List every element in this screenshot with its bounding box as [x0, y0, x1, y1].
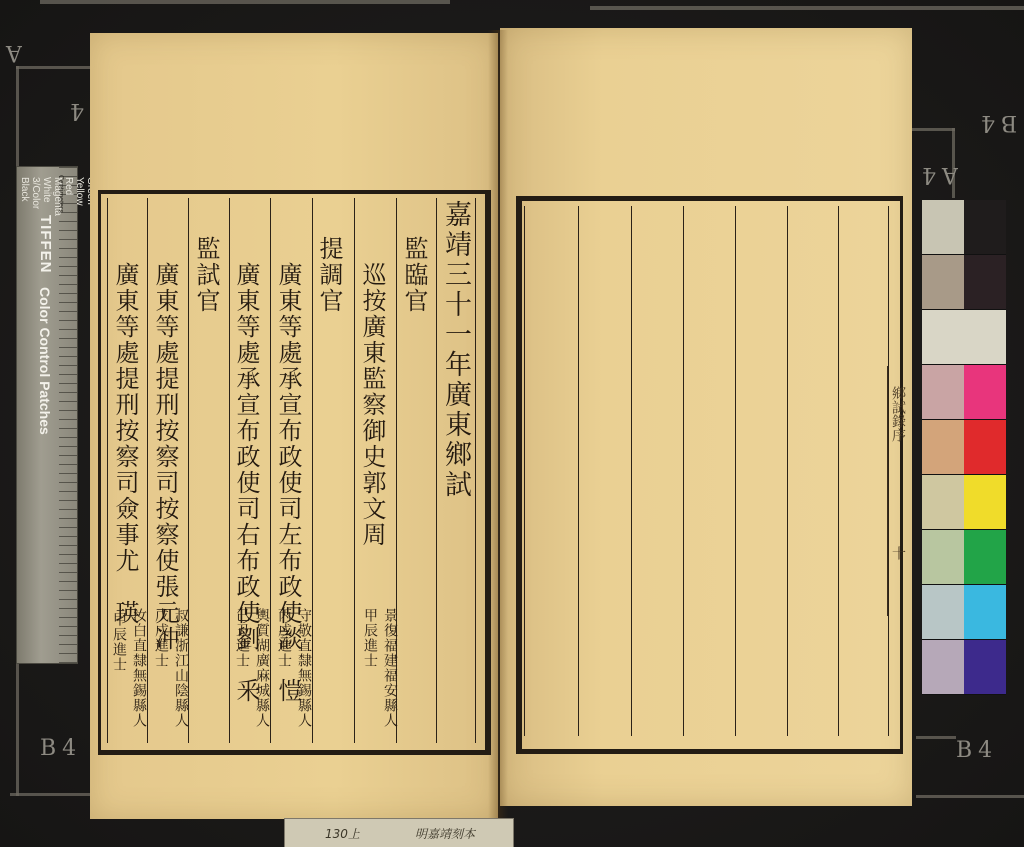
color-patch	[964, 475, 1006, 529]
color-patch	[964, 585, 1006, 639]
color-patch	[922, 475, 964, 529]
column-rule	[312, 198, 313, 743]
right-page-border	[516, 196, 903, 754]
color-name: White	[41, 177, 52, 216]
catalog-label-slip: 130上 明嘉靖刻本	[284, 818, 514, 847]
color-chart-row	[922, 310, 1006, 365]
heading-jianshi: 監試官	[194, 236, 218, 314]
heading-jianlin: 監臨官	[402, 236, 426, 314]
color-chart-row	[922, 255, 1006, 310]
fold-edge-column: 鄉試錄序 十	[887, 366, 910, 616]
mat-guide-line	[916, 736, 956, 739]
tiffen-color-control-strip: Centimeters Blue Cyan Green Yellow Red M…	[16, 166, 78, 664]
note-column: 己丑進士	[235, 608, 249, 668]
column-rule	[436, 198, 437, 743]
catalog-edition: 明嘉靖刻本	[415, 825, 475, 842]
mat-label: B4	[975, 110, 1017, 135]
column-rule	[270, 198, 271, 743]
note-column: 守敬直隸無錫縣人	[297, 608, 311, 728]
fold-edge-title: 鄉試錄序	[891, 386, 905, 442]
column-rule	[229, 198, 230, 743]
book-gutter	[488, 30, 508, 820]
color-patch	[964, 365, 1006, 419]
page-title: 嘉靖三十一年廣東鄉試	[442, 200, 469, 500]
mat-guide-line	[40, 0, 450, 4]
note-column: 甲辰進士	[363, 608, 377, 668]
catalog-number: 130上	[325, 825, 360, 842]
column-rule	[838, 206, 839, 736]
color-patch	[964, 640, 1006, 694]
color-patch	[964, 420, 1006, 474]
color-patch	[922, 640, 964, 694]
color-patch	[922, 530, 964, 584]
note-column: 汝白直隸無錫縣人	[132, 608, 146, 728]
color-name: Black	[19, 177, 30, 216]
color-chart-row	[922, 640, 1006, 695]
column-rule	[787, 206, 788, 736]
mat-label: A	[0, 40, 22, 65]
color-patch	[922, 365, 964, 419]
note-column: 叔謙浙江山陰縣人	[174, 608, 188, 728]
column-rule	[735, 206, 736, 736]
color-patch	[964, 530, 1006, 584]
color-patch	[922, 585, 964, 639]
color-name: Yellow	[74, 177, 85, 216]
mat-guide-line	[910, 128, 955, 131]
color-name: 3/Color	[30, 177, 41, 216]
column-rule	[578, 206, 579, 736]
color-patch	[922, 200, 964, 254]
color-patch	[964, 255, 1006, 309]
official-column: 廣東等處提刑按察司僉事尤 瑛	[113, 262, 137, 626]
color-chart-row	[922, 365, 1006, 420]
column-rule	[475, 198, 476, 743]
note-column: 丙戌進士	[277, 608, 291, 668]
mat-guide-line	[10, 793, 94, 796]
color-name: Magenta	[52, 177, 63, 216]
mat-guide-line	[916, 795, 1024, 798]
ruler-ticks	[59, 167, 77, 663]
note-column: 輿質湖廣麻城縣人	[255, 608, 269, 728]
mat-guide-line	[16, 66, 96, 69]
color-patch	[922, 310, 1006, 364]
column-rule	[107, 198, 108, 743]
heading-tidiao: 提調官	[317, 236, 341, 314]
color-name: Red	[63, 177, 74, 216]
color-reference-chart	[922, 200, 1006, 695]
color-chart-row	[922, 475, 1006, 530]
color-chart-row	[922, 585, 1006, 640]
color-patch	[922, 255, 964, 309]
fold-edge-page-number: 十	[891, 546, 905, 560]
tiffen-title: Color Control Patches	[37, 287, 53, 435]
color-chart-row	[922, 420, 1006, 475]
mat-label: B4	[956, 738, 998, 763]
color-chart-row	[922, 530, 1006, 585]
official-column: 廣東等處提刑按察司按察使張元冲	[153, 262, 177, 652]
mat-label: A4	[916, 162, 958, 187]
column-rule	[524, 206, 525, 736]
color-patch	[964, 200, 1006, 254]
note-column: 戊戌進士	[154, 608, 168, 668]
color-patch	[922, 420, 964, 474]
column-rule	[683, 206, 684, 736]
column-rule	[631, 206, 632, 736]
color-chart-row	[922, 200, 1006, 255]
column-rule	[354, 198, 355, 743]
tiffen-brand: TIFFEN	[37, 215, 54, 274]
note-column: 景復福建福安縣人	[383, 608, 397, 728]
mat-label: B4	[40, 736, 82, 761]
mat-guide-line	[590, 6, 1024, 10]
official-column: 巡按廣東監察御史郭文周	[360, 262, 384, 548]
column-rule	[147, 198, 148, 743]
note-column: 甲辰進士	[112, 612, 126, 672]
